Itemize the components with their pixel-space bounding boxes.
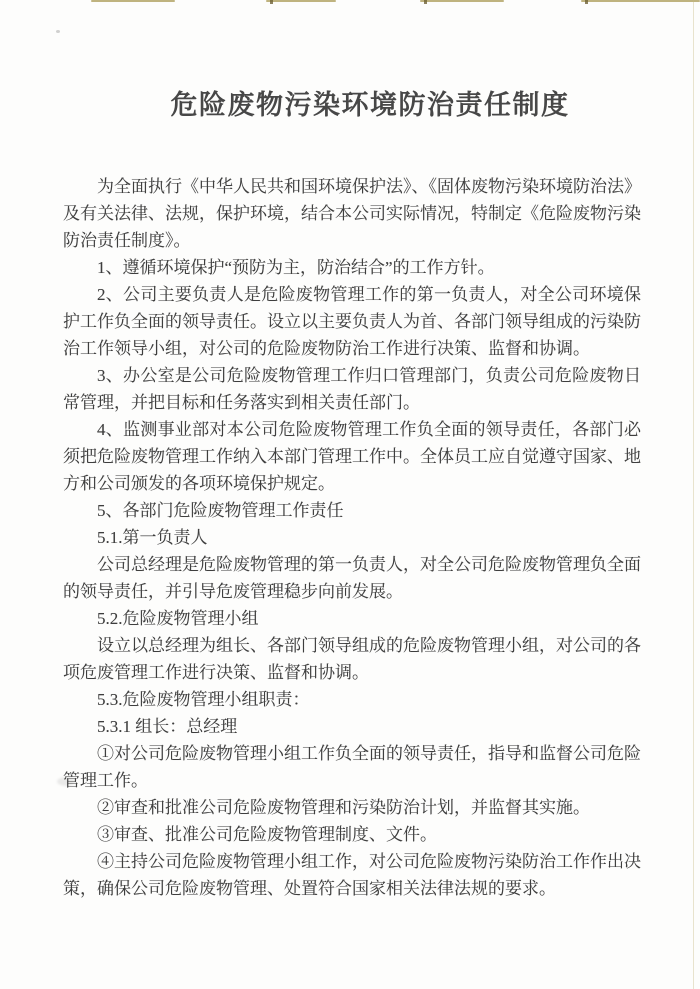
paragraph-8: 公司总经理是危险废物管理的第一负责人，对全公司危险废物管理负全面的领导责任，并引…: [63, 551, 641, 605]
document-body: 为全面执行《中华人民共和国环境保护法》、《固体废物污染环境防治法》及有关法律、法…: [63, 173, 641, 902]
paragraph-16: ④主持公司危险废物管理小组工作，对公司危险废物污染防治工作作出决策，确保公司危险…: [63, 848, 641, 902]
paragraph-15: ③审查、批准公司危险废物管理制度、文件。: [63, 821, 641, 848]
document-title: 危险废物污染环境防治责任制度: [0, 87, 700, 123]
paragraph-4: 3、办公室是公司危险废物管理工作归口管理部门，负责公司危险废物日常管理，并把目标…: [63, 362, 641, 416]
paragraph-12: 5.3.1 组长：总经理: [63, 713, 641, 740]
paragraph-13: ①对公司危险废物管理小组工作负全面的领导责任，指导和监督公司危险管理工作。: [63, 740, 641, 794]
paragraph-6: 5、各部门危险废物管理工作责任: [63, 497, 641, 524]
paragraph-1: 为全面执行《中华人民共和国环境保护法》、《固体废物污染环境防治法》及有关法律、法…: [63, 173, 641, 254]
scan-artifact-top-line: [91, 0, 175, 2]
paragraph-5: 4、监测事业部对本公司危险废物管理工作负全面的领导责任，各部门必须把危险废物管理…: [63, 416, 641, 497]
paragraph-3: 2、公司主要负责人是危险废物管理工作的第一负责人，对全公司环境保护工作负全面的领…: [63, 281, 641, 362]
scan-artifact-dot: [424, 0, 427, 4]
paragraph-9: 5.2.危险废物管理小组: [63, 605, 641, 632]
scan-artifact-dot: [270, 0, 273, 4]
scan-artifact-speck: [56, 30, 60, 33]
scan-artifact-top-line: [420, 0, 504, 2]
paragraph-7: 5.1.第一负责人: [63, 524, 641, 551]
scan-artifact-top-line: [581, 0, 700, 2]
scan-artifact-top-line: [266, 0, 336, 2]
paragraph-14: ②审查和批准公司危险废物管理和污染防治计划，并监督其实施。: [63, 794, 641, 821]
scan-artifact-dot: [585, 0, 588, 4]
scanned-document-page: 危险废物污染环境防治责任制度 为全面执行《中华人民共和国环境保护法》、《固体废物…: [0, 0, 700, 989]
paragraph-10: 设立以总经理为组长、各部门领导组成的危险废物管理小组，对公司的各项危废管理工作进…: [63, 632, 641, 686]
scan-artifact-right-edge: [693, 0, 694, 989]
paragraph-2: 1、遵循环境保护“预防为主，防治结合”的工作方针。: [63, 254, 641, 281]
paragraph-11: 5.3.危险废物管理小组职责：: [63, 686, 641, 713]
